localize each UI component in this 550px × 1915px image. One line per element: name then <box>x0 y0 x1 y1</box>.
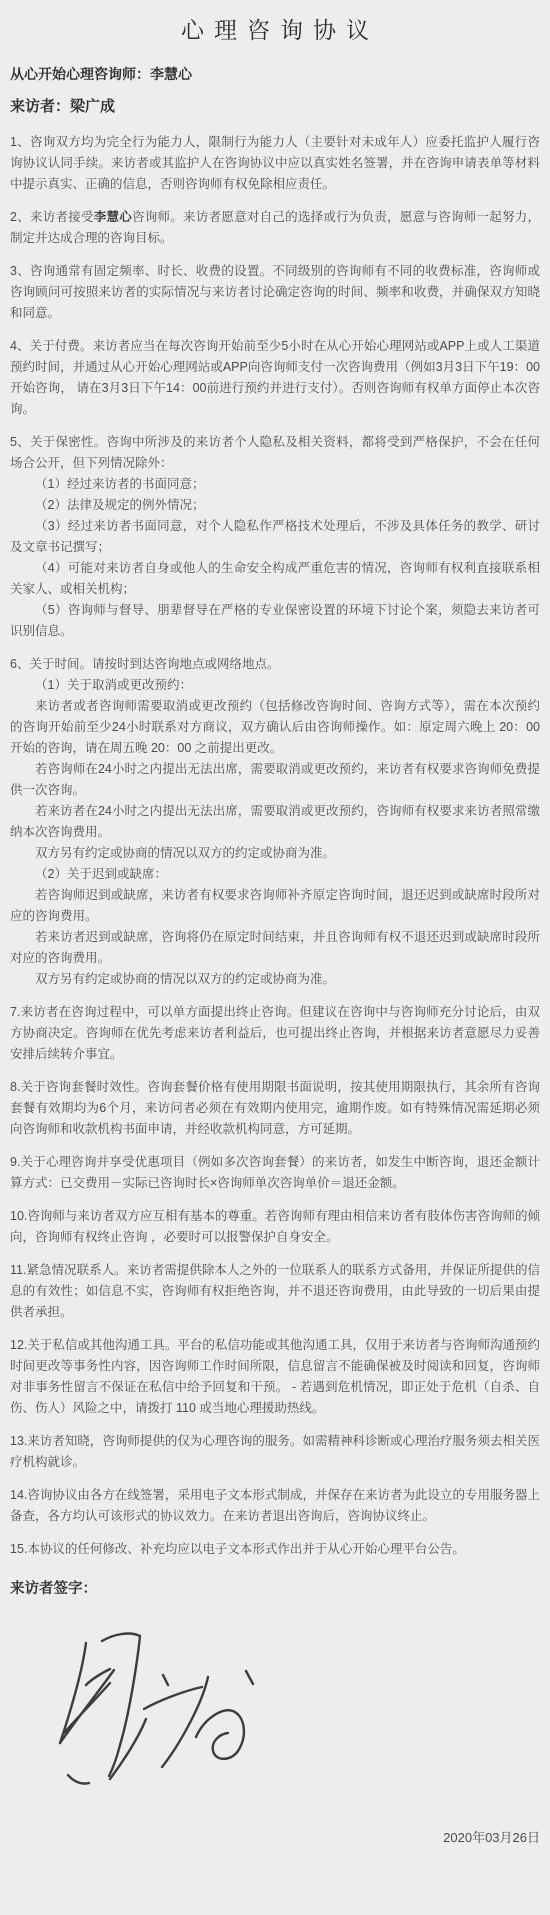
clause: 11.紧急情况联系人。来访者需提供除本人之外的一位联系人的联系方式备用，并保证所… <box>10 1260 540 1323</box>
clause: 14.咨询协议由各方在线签署，采用电子文本形式制成，并保存在来访者为此设立的专用… <box>10 1485 540 1527</box>
clause: 1、咨询双方均为完全行为能力人，限制行为能力人（主要针对未成年人）应委托监护人履… <box>10 132 540 195</box>
signature-area <box>56 1625 540 1801</box>
clause-paragraph: 1、咨询双方均为完全行为能力人，限制行为能力人（主要针对未成年人）应委托监护人履… <box>10 132 540 195</box>
signature-label: 来访者签字： <box>10 1579 540 1599</box>
clause: 7.来访者在咨询过程中，可以单方面提出终止咨询。但建议在咨询中与咨询师充分讨论后… <box>10 1002 540 1065</box>
clause-paragraph: （5）咨询师与督导、朋辈督导在严格的专业保密设置的环境下讨论个案，须隐去来访者可… <box>10 600 540 642</box>
clause: 2、来访者接受李慧心咨询师。来访者愿意对自己的选择或行为负责，愿意与咨询师一起努… <box>10 207 540 249</box>
clause-paragraph: 若咨询师在24小时之内提出无法出席，需要取消或更改预约，来访者有权要求咨询师免费… <box>10 759 540 801</box>
clause: 9.关于心理咨询并享受优惠项目（例如多次咨询套餐）的来访者，如发生中断咨询，退还… <box>10 1152 540 1194</box>
clause: 12.关于私信或其他沟通工具。平台的私信功能或其他沟通工具，仅用于来访者与咨询师… <box>10 1335 540 1419</box>
visitor-signature-image <box>56 1625 296 1801</box>
clauses: 1、咨询双方均为完全行为能力人，限制行为能力人（主要针对未成年人）应委托监护人履… <box>10 132 540 1560</box>
clause-paragraph: 6、关于时间。请按时到达咨询地点或网络地点。 <box>10 654 540 675</box>
clause-paragraph: 若咨询师迟到或缺席，来访者有权要求咨询师补齐原定咨询时间，退还迟到或缺席时段所对… <box>10 885 540 927</box>
counselor-line: 从心开始心理咨询师：李慧心 <box>10 65 540 84</box>
clause-paragraph: 7.来访者在咨询过程中，可以单方面提出终止咨询。但建议在咨询中与咨询师充分讨论后… <box>10 1002 540 1065</box>
clause-paragraph: 双方另有约定或协商的情况以双方的约定或协商为准。 <box>10 969 540 990</box>
visitor-label: 来访者： <box>10 98 70 115</box>
clause-paragraph: 13.来访者知晓，咨询师提供的仅为心理咨询的服务。如需精神科诊断或心理治疗服务须… <box>10 1431 540 1473</box>
clause-paragraph: 来访者或者咨询师需要取消或更改预约（包括修改咨询时间、咨询方式等），需在本次预约… <box>10 696 540 759</box>
clause-paragraph: 15.本协议的任何修改、补充均应以电子文本形式作出并于从心开始心理平台公告。 <box>10 1539 540 1560</box>
clause-paragraph: 11.紧急情况联系人。来访者需提供除本人之外的一位联系人的联系方式备用，并保证所… <box>10 1260 540 1323</box>
clause-paragraph: 14.咨询协议由各方在线签署，采用电子文本形式制成，并保存在来访者为此设立的专用… <box>10 1485 540 1527</box>
agreement-document: 心理咨询协议 从心开始心理咨询师：李慧心 来访者：梁广成 1、咨询双方均为完全行… <box>0 0 550 1915</box>
clause: 4、关于付费。来访者应当在每次咨询开始前至少5小时在从心开始心理网站或APP上或… <box>10 336 540 420</box>
visitor-line: 来访者：梁广成 <box>10 97 540 116</box>
clause-paragraph: （2）法律及规定的例外情况； <box>10 495 540 516</box>
clause: 15.本协议的任何修改、补充均应以电子文本形式作出并于从心开始心理平台公告。 <box>10 1539 540 1560</box>
clause-paragraph: 若来访者在24小时之内提出无法出席，需要取消或更改预约，咨询师有权要求来访者照常… <box>10 801 540 843</box>
clause: 3、咨询通常有固定频率、时长、收费的设置。不同级别的咨询师有不同的收费标准，咨询… <box>10 261 540 324</box>
clause-paragraph: 2、来访者接受李慧心咨询师。来访者愿意对自己的选择或行为负责，愿意与咨询师一起努… <box>10 207 540 249</box>
clause-paragraph: 3、咨询通常有固定频率、时长、收费的设置。不同级别的咨询师有不同的收费标准，咨询… <box>10 261 540 324</box>
clause-paragraph: 9.关于心理咨询并享受优惠项目（例如多次咨询套餐）的来访者，如发生中断咨询，退还… <box>10 1152 540 1194</box>
clause-paragraph: （2）关于迟到或缺席： <box>10 864 540 885</box>
clause-paragraph: （1）经过来访者的书面同意； <box>10 474 540 495</box>
clause: 13.来访者知晓，咨询师提供的仅为心理咨询的服务。如需精神科诊断或心理治疗服务须… <box>10 1431 540 1473</box>
clause-paragraph: 8.关于咨询套餐时效性。咨询套餐价格有使用期限书面说明，按其使用期限执行，其余所… <box>10 1077 540 1140</box>
clause-paragraph: 若来访者迟到或缺席，咨询将仍在原定时间结束，并且咨询师有权不退还迟到或缺席时段所… <box>10 927 540 969</box>
clause: 10.咨询师与来访者双方应互相有基本的尊重。若咨询师有理由相信来访者有肢体伤害咨… <box>10 1206 540 1248</box>
clause-paragraph: 10.咨询师与来访者双方应互相有基本的尊重。若咨询师有理由相信来访者有肢体伤害咨… <box>10 1206 540 1248</box>
document-date: 2020年03月26日 <box>10 1829 540 1915</box>
counselor-label: 从心开始心理咨询师： <box>10 66 150 82</box>
counselor-name: 李慧心 <box>150 66 192 82</box>
clause-paragraph: 双方另有约定或协商的情况以双方的约定或协商为准。 <box>10 843 540 864</box>
page-title: 心理咨询协议 <box>10 12 540 45</box>
visitor-name: 梁广成 <box>70 98 115 115</box>
clause-paragraph: （3）经过来访者书面同意，对个人隐私作严格技术处理后，不涉及具体任务的教学、研讨… <box>10 516 540 558</box>
clause-paragraph: （1）关于取消或更改预约： <box>10 675 540 696</box>
clause-paragraph: 5、关于保密性。咨询中所涉及的来访者个人隐私及相关资料，都将受到严格保护，不会在… <box>10 432 540 474</box>
clause-paragraph: （4）可能对来访者自身或他人的生命安全构成严重危害的情况，咨询师有权利直接联系相… <box>10 558 540 600</box>
clause: 6、关于时间。请按时到达咨询地点或网络地点。（1）关于取消或更改预约：来访者或者… <box>10 654 540 990</box>
clause: 8.关于咨询套餐时效性。咨询套餐价格有使用期限书面说明，按其使用期限执行，其余所… <box>10 1077 540 1140</box>
clause: 5、关于保密性。咨询中所涉及的来访者个人隐私及相关资料，都将受到严格保护，不会在… <box>10 432 540 642</box>
clause-paragraph: 4、关于付费。来访者应当在每次咨询开始前至少5小时在从心开始心理网站或APP上或… <box>10 336 540 420</box>
clause-paragraph: 12.关于私信或其他沟通工具。平台的私信功能或其他沟通工具，仅用于来访者与咨询师… <box>10 1335 540 1419</box>
